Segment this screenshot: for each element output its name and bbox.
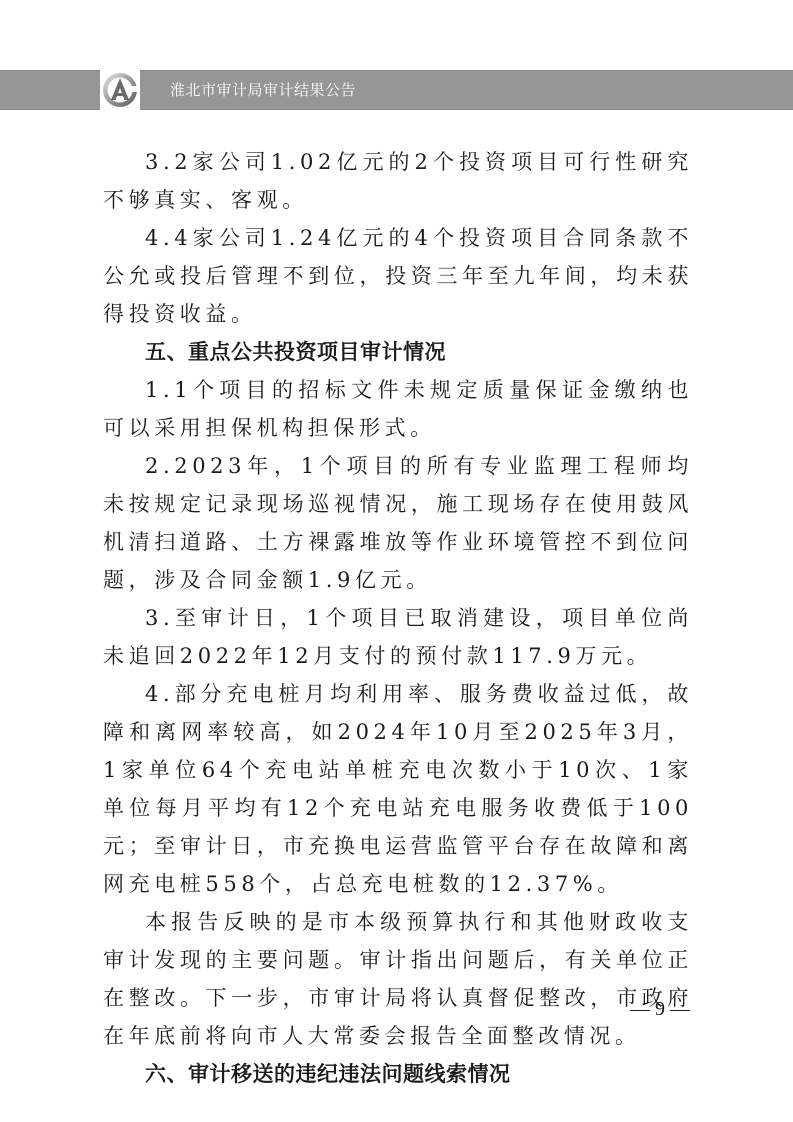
paragraph-report-summary: 本报告反映的是市本级预算执行和其他财政收支审计发现的主要问题。审计指出问题后，有…	[103, 903, 693, 1055]
paragraph-cancelled-project: 3.至审计日，1个项目已取消建设，项目单位尚未追回2022年12月支付的预付款1…	[103, 599, 693, 675]
header-title: 淮北市审计局审计结果公告	[170, 70, 356, 110]
paragraph-charging-piles: 4.部分充电桩月均利用率、服务费收益过低，故障和离网率较高，如2024年10月至…	[103, 675, 693, 903]
document-body: 3.2家公司1.02亿元的2个投资项目可行性研究不够真实、客观。 4.4家公司1…	[103, 143, 693, 1093]
logo	[100, 69, 140, 111]
page-number: — 9 —	[620, 998, 700, 1021]
section-heading-violation-clues: 六、审计移送的违纪违法问题线索情况	[103, 1055, 693, 1093]
paragraph-investment-contract: 4.4家公司1.24亿元的4个投资项目合同条款不公允或投后管理不到位，投资三年至…	[103, 219, 693, 333]
section-heading-public-investment: 五、重点公共投资项目审计情况	[103, 333, 693, 371]
paragraph-tender-documents: 1.1个项目的招标文件未规定质量保证金缴纳也可以采用担保机构担保形式。	[103, 371, 693, 447]
paragraph-investment-feasibility: 3.2家公司1.02亿元的2个投资项目可行性研究不够真实、客观。	[103, 143, 693, 219]
audit-office-emblem-icon	[101, 70, 139, 110]
paragraph-supervision: 2.2023年，1个项目的所有专业监理工程师均未按规定记录现场巡视情况，施工现场…	[103, 447, 693, 599]
